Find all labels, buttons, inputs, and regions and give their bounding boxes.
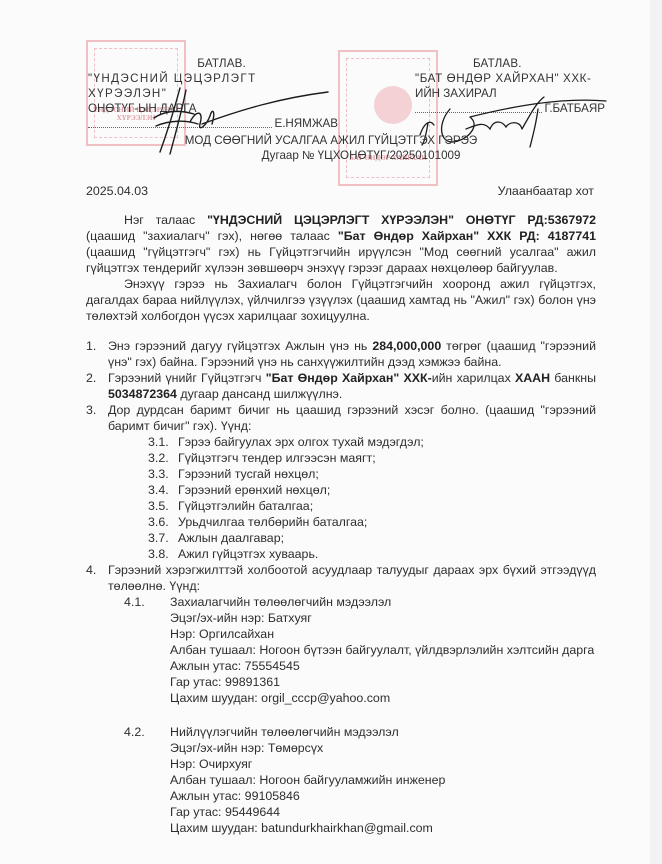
document-list-item: 3.2.Гүйцэтгэгч тендер илгээсэн маягт; (108, 450, 596, 466)
document-list: 3.1.Гэрээ байгуулах эрх олгох тухай мэдэ… (108, 434, 596, 562)
document-list-item: 3.8.Ажил гүйцэтгэх хуваарь. (108, 546, 596, 562)
rep-detail: Эцэг/эх-ийн нэр: Батхуяг (108, 610, 596, 626)
document-list-item: 3.3.Гэрээний тусгай нөхцөл; (108, 466, 596, 482)
rep-detail: Албан тушаал: Ногоон бүтээн байгуулалт, … (108, 642, 596, 658)
clause-number: 1. (86, 338, 102, 354)
rep-detail: Нэр: Оргилсайхан (108, 626, 596, 642)
item-number: 3.5. (148, 498, 169, 514)
item-number: 3.2. (148, 450, 169, 466)
item-number: 3.4. (148, 482, 169, 498)
item-number: 3.6. (148, 514, 169, 530)
clause-number: 4. (86, 562, 102, 578)
clause-number: 2. (86, 370, 102, 386)
contract-title: МОД СӨӨГНИЙ УСАЛГАА АЖИЛ ГҮЙЦЭТГЭХ ГЭРЭЭ (0, 134, 662, 147)
representative-block: 4.2.Нийлүүлэгчийн төлөөлөгчийн мэдээлэлЭ… (108, 724, 596, 836)
item-number: 3.8. (148, 546, 169, 562)
approval-label-right: БАТЛАВ. (415, 56, 605, 71)
intro-text: (цаашид "захиалагч" гэх), нөгөө талаас (86, 229, 338, 243)
item-text: Гэрээ байгуулах эрх олгох тухай мэдэгдэл… (178, 435, 424, 449)
clause-4: 4. Гэрээний хэрэгжилттэй холбоотой асууд… (86, 562, 596, 836)
document-list-item: 3.5.Гүйцэтгэлийн баталгаа; (108, 498, 596, 514)
client-party: "ҮНДЭСНИЙ ЦЭЦЭРЛЭГТ ХҮРЭЭЛЭН" ОНӨТҮГ РД:… (207, 213, 596, 227)
rep-heading: Нийлүүлэгчийн төлөөлөгчийн мэдээлэл (170, 725, 399, 739)
bank-name: ХААН (515, 371, 550, 385)
clause-text: дугаар дансанд шилжүүлнэ. (177, 387, 342, 401)
item-text: Гүйцэтгэлийн баталгаа; (178, 499, 313, 513)
clause-text: Гэрээний хэрэгжилттэй холбоотой асуудлаа… (108, 563, 596, 593)
item-number: 3.1. (148, 434, 169, 450)
contract-city: Улаанбаатар хот (498, 184, 594, 198)
rep-heading: Захиалагчийн төлөөлөгчийн мэдээлэл (170, 595, 391, 609)
item-text: Урьдчилгаа төлбөрийн баталгаа; (178, 515, 367, 529)
clause-text: Энэ гэрээний дагуу гүйцэтгэх Ажлын үнэ н… (108, 339, 372, 353)
clause-2: 2. Гэрээний үнийг Гүйцэтгэгч "Бат Өндөр … (86, 370, 596, 402)
rep-detail: Цахим шуудан: orgil_cccp@yahoo.com (108, 690, 596, 706)
page-edge (650, 0, 662, 864)
item-text: Ажил гүйцэтгэх хуваарь. (178, 547, 318, 561)
rep-detail: Гар утас: 95449644 (108, 804, 596, 820)
document-list-item: 3.1.Гэрээ байгуулах эрх олгох тухай мэдэ… (108, 434, 596, 450)
rep-detail: Ажлын утас: 75554545 (108, 658, 596, 674)
contract-body: Нэг талаас "ҮНДЭСНИЙ ЦЭЦЭРЛЭГТ ХҮРЭЭЛЭН"… (86, 212, 596, 836)
clause-text: Дор дурдсан баримт бичиг нь цаашид гэрээ… (108, 403, 596, 433)
intro-paragraph-1: Нэг талаас "ҮНДЭСНИЙ ЦЭЦЭРЛЭГТ ХҮРЭЭЛЭН"… (86, 212, 596, 276)
item-text: Гүйцэтгэгч тендер илгээсэн маягт; (178, 451, 376, 465)
clause-1: 1. Энэ гэрээний дагуу гүйцэтгэх Ажлын үн… (86, 338, 596, 370)
document-list-item: 3.6.Урьдчилгаа төлбөрийн баталгаа; (108, 514, 596, 530)
rep-detail: Ажлын утас: 99105846 (108, 788, 596, 804)
document-list-item: 3.7.Ажлын даалгавар; (108, 530, 596, 546)
bank-account-number: 5034872364 (108, 387, 177, 401)
contract-number: Дугаар № ҮЦХОНӨТҮГ/20250101009 (0, 149, 662, 162)
clause-text: банкны (550, 371, 596, 385)
item-number: 3.3. (148, 466, 169, 482)
contract-date: 2025.04.03 (86, 184, 148, 198)
rep-detail: Эцэг/эх-ийн нэр: Төмөрсүх (108, 740, 596, 756)
contractor-name: "Бат Өндөр Хайрхан" ХХК- (266, 371, 432, 385)
item-text: Гэрээний ерөнхий нөхцөл; (178, 483, 330, 497)
rep-detail: Гар утас: 99891361 (108, 674, 596, 690)
item-number: 3.7. (148, 530, 169, 546)
item-text: Ажлын даалгавар; (178, 531, 284, 545)
clause-3: 3. Дор дурдсан баримт бичиг нь цаашид гэ… (86, 402, 596, 562)
approval-org-right: "БАТ ӨНДӨР ХАЙРХАН" ХХК- (415, 71, 605, 86)
rep-detail: Нэр: Очирхуяг (108, 756, 596, 772)
contract-page: ҮНДЭСНИЙ ЦЭЦЭРЛЭГТ ХҮРЭЭЛЭН БАТ ӨНДӨР ХА… (0, 0, 662, 864)
stamp-emblem-icon (374, 86, 412, 124)
contractor-party: "Бат Өндөр Хайрхан" ХХК РД: 4187741 (338, 229, 596, 243)
handwritten-signature-left-icon (140, 80, 330, 160)
clause-text: Гэрээний үнийг Гүйцэтгэгч (108, 371, 266, 385)
intro-text: Нэг талаас (124, 213, 207, 227)
rep-detail: Цахим шуудан: batundurkhairkhan@gmail.co… (108, 820, 596, 836)
intro-paragraph-2: Энэхүү гэрээ нь Захиалагч болон Гүйцэтгэ… (86, 276, 596, 324)
rep-number: 4.2. (124, 724, 145, 740)
contract-price: 284,000,000 (372, 339, 441, 353)
representative-block: 4.1.Захиалагчийн төлөөлөгчийн мэдээлэлЭц… (108, 594, 596, 706)
approval-label-left: БАТЛАВ. (88, 56, 338, 71)
rep-number: 4.1. (124, 594, 145, 610)
clause-number: 3. (86, 402, 102, 418)
clause-text: ийн харилцах (432, 371, 515, 385)
representatives-list: 4.1.Захиалагчийн төлөөлөгчийн мэдээлэлЭц… (108, 594, 596, 836)
intro-text: (цаашид "гүйцэтгэгч" гэх) нь Гүйцэтгэгчи… (86, 245, 596, 275)
document-list-item: 3.4.Гэрээний ерөнхий нөхцөл; (108, 482, 596, 498)
rep-detail: Албан тушаал: Ногоон байгууламжийн инжен… (108, 772, 596, 788)
item-text: Гэрээний тусгай нөхцөл; (178, 467, 319, 481)
clause-list: 1. Энэ гэрээний дагуу гүйцэтгэх Ажлын үн… (86, 338, 596, 836)
